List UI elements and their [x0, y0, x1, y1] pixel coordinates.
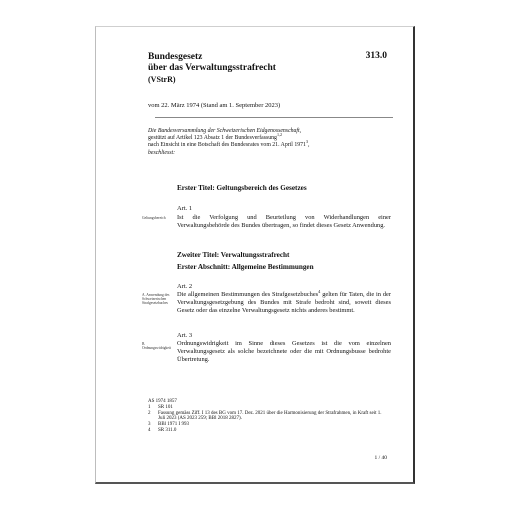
- chapter-1-heading: Erster Abschnitt: Allgemeine Bestimmunge…: [177, 263, 314, 271]
- art-3-text: Ordnungswidrigkeit im Sinne dieses Geset…: [177, 340, 391, 365]
- art-3-label: Art. 3: [177, 332, 192, 339]
- art-1-margin-note: Geltungsbereich: [142, 216, 174, 220]
- preamble: Die Bundesversammlung der Schweizerische…: [148, 128, 388, 157]
- title-2-heading: Zweiter Titel: Verwaltungsstrafrecht: [177, 251, 289, 259]
- art-1-label: Art. 1: [177, 205, 192, 212]
- preamble-line-3: nach Einsicht in eine Botschaft des Bund…: [148, 142, 388, 149]
- footnotes: AS 1974 1857 1SR 1012Fassung gemäss Ziff…: [148, 399, 388, 434]
- art-2-margin-note: A. Anwendung des Schweizerischen Strafge…: [142, 293, 174, 306]
- title-line-2: über das Verwaltungsstrafrecht: [148, 63, 276, 74]
- footnote-text: Fassung gemäss Ziff. I 13 des BG vom 17.…: [158, 411, 388, 423]
- preamble-line-4: beschliesst:: [148, 150, 388, 157]
- art-3-margin-note: B. Ordnungswidrigkeit: [142, 342, 174, 350]
- footnote-item: 2Fassung gemäss Ziff. I 13 des BG vom 17…: [148, 411, 388, 423]
- title-1-heading: Erster Titel: Geltungsbereich des Gesetz…: [177, 184, 307, 192]
- footnote-item: 4SR 311.0: [148, 428, 388, 434]
- sr-number: 313.0: [366, 51, 387, 61]
- title-line-1: Bundesgesetz: [148, 52, 276, 63]
- document-page: Bundesgesetz über das Verwaltungsstrafre…: [95, 26, 415, 484]
- art-1-text: Ist die Verfolgung und Beurteilung von W…: [177, 214, 391, 230]
- art-2-label: Art. 2: [177, 283, 192, 290]
- footnote-number: 4: [148, 428, 158, 434]
- footnote-number: 2: [148, 411, 158, 423]
- footnote-text: SR 311.0: [158, 428, 388, 434]
- law-abbreviation: (VStrR): [148, 75, 176, 84]
- art-2-text: Die allgemeinen Bestimmungen des Strafge…: [177, 291, 391, 316]
- footnote-ref[interactable]: 1,2: [277, 132, 282, 137]
- date-line: vom 22. März 1974 (Stand am 1. September…: [148, 102, 280, 109]
- page-number: 1 / 40: [374, 455, 387, 461]
- divider: [155, 117, 393, 118]
- law-title: Bundesgesetz über das Verwaltungsstrafre…: [148, 52, 276, 74]
- footnote-list: 1SR 1012Fassung gemäss Ziff. I 13 des BG…: [148, 405, 388, 434]
